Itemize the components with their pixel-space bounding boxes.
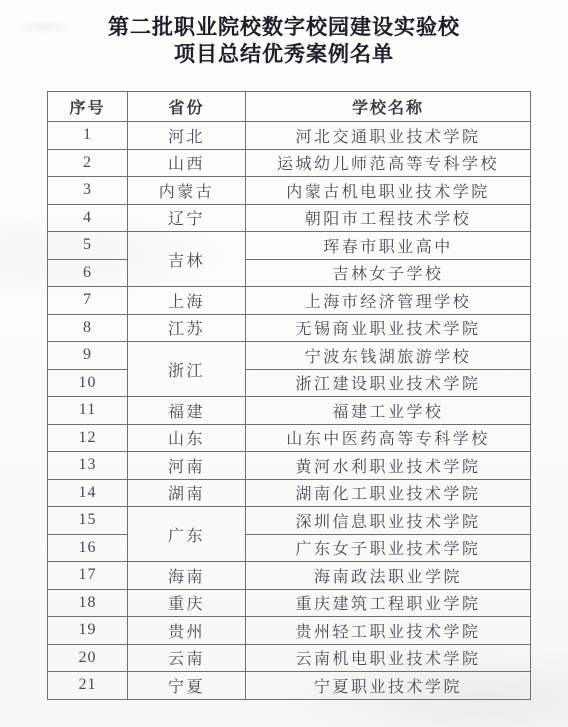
- table-row: 8江苏无锡商业职业技术学院: [48, 314, 531, 342]
- document-title: 第二批职业院校数字校园建设实验校 项目总结优秀案例名单: [0, 14, 568, 68]
- cell-province: 上海: [128, 287, 246, 315]
- cell-no: 13: [48, 452, 128, 480]
- cell-no: 12: [48, 424, 128, 452]
- cell-no: 18: [48, 589, 128, 617]
- cell-no: 11: [48, 397, 128, 425]
- cell-school: 湖南化工职业技术学院: [246, 479, 531, 507]
- cell-no: 10: [48, 369, 128, 397]
- school-roster-table: 序号 省份 学校名称 1河北河北交通职业技术学院2山西运城幼儿师范高等专科学校3…: [47, 91, 531, 700]
- cell-no: 5: [48, 232, 128, 260]
- cell-no: 20: [48, 644, 128, 672]
- cell-province: 江苏: [128, 314, 246, 342]
- header-cell-no: 序号: [48, 92, 128, 122]
- table-row: 16广东女子职业技术学院: [48, 534, 531, 562]
- table-row: 18重庆重庆建筑工程职业学院: [48, 589, 531, 617]
- cell-no: 15: [48, 507, 128, 535]
- cell-school: 宁夏职业技术学院: [246, 672, 531, 700]
- cell-province: 辽宁: [128, 204, 246, 232]
- cell-province: 河南: [128, 452, 246, 480]
- cell-school: 朝阳市工程技术学校: [246, 204, 531, 232]
- table-row: 13河南黄河水利职业技术学院: [48, 452, 531, 480]
- cell-school: 无锡商业职业技术学院: [246, 314, 531, 342]
- cell-province: 浙江: [128, 342, 246, 397]
- table-row: 21宁夏宁夏职业技术学院: [48, 672, 531, 700]
- cell-no: 19: [48, 617, 128, 645]
- cell-no: 8: [48, 314, 128, 342]
- cell-province: 海南: [128, 562, 246, 590]
- table-row: 15广东深圳信息职业技术学院: [48, 507, 531, 535]
- cell-school: 内蒙古机电职业技术学院: [246, 177, 531, 205]
- page-title-line1: 第二批职业院校数字校园建设实验校: [0, 14, 568, 41]
- cell-school: 吉林女子学校: [246, 259, 531, 287]
- cell-no: 7: [48, 287, 128, 315]
- table-body: 1河北河北交通职业技术学院2山西运城幼儿师范高等专科学校3内蒙古内蒙古机电职业技…: [48, 122, 531, 700]
- cell-school: 浙江建设职业技术学院: [246, 369, 531, 397]
- table-row: 2山西运城幼儿师范高等专科学校: [48, 149, 531, 177]
- table-row: 12山东山东中医药高等专科学校: [48, 424, 531, 452]
- cell-province: 湖南: [128, 479, 246, 507]
- table-row: 10浙江建设职业技术学院: [48, 369, 531, 397]
- cell-province: 河北: [128, 122, 246, 150]
- table-row: 4辽宁朝阳市工程技术学校: [48, 204, 531, 232]
- cell-no: 21: [48, 672, 128, 700]
- table-row: 19贵州贵州轻工职业技术学院: [48, 617, 531, 645]
- table-row: 20云南云南机电职业技术学院: [48, 644, 531, 672]
- cell-school: 海南政法职业学院: [246, 562, 531, 590]
- cell-school: 山东中医药高等专科学校: [246, 424, 531, 452]
- cell-no: 4: [48, 204, 128, 232]
- cell-school: 重庆建筑工程职业学院: [246, 589, 531, 617]
- cell-school: 福建工业学校: [246, 397, 531, 425]
- page-title-line2: 项目总结优秀案例名单: [0, 41, 568, 68]
- cell-no: 3: [48, 177, 128, 205]
- table-row: 17海南海南政法职业学院: [48, 562, 531, 590]
- cell-school: 云南机电职业技术学院: [246, 644, 531, 672]
- cell-no: 17: [48, 562, 128, 590]
- table-row: 5吉林珲春市职业高中: [48, 232, 531, 260]
- cell-no: 14: [48, 479, 128, 507]
- table-row: 7上海上海市经济管理学校: [48, 287, 531, 315]
- cell-province: 山东: [128, 424, 246, 452]
- cell-province: 贵州: [128, 617, 246, 645]
- cell-province: 宁夏: [128, 672, 246, 700]
- cell-no: 1: [48, 122, 128, 150]
- cell-province: 山西: [128, 149, 246, 177]
- cell-no: 6: [48, 259, 128, 287]
- cell-no: 2: [48, 149, 128, 177]
- table-row: 9浙江宁波东钱湖旅游学校: [48, 342, 531, 370]
- cell-school: 深圳信息职业技术学院: [246, 507, 531, 535]
- cell-school: 广东女子职业技术学院: [246, 534, 531, 562]
- table-row: 14湖南湖南化工职业技术学院: [48, 479, 531, 507]
- table-header-row: 序号 省份 学校名称: [48, 92, 531, 122]
- cell-school: 珲春市职业高中: [246, 232, 531, 260]
- table-row: 3内蒙古内蒙古机电职业技术学院: [48, 177, 531, 205]
- table-row: 6吉林女子学校: [48, 259, 531, 287]
- table-row: 1河北河北交通职业技术学院: [48, 122, 531, 150]
- cell-school: 宁波东钱湖旅游学校: [246, 342, 531, 370]
- cell-no: 16: [48, 534, 128, 562]
- cell-province: 福建: [128, 397, 246, 425]
- cell-school: 运城幼儿师范高等专科学校: [246, 149, 531, 177]
- cell-province: 广东: [128, 507, 246, 562]
- cell-school: 上海市经济管理学校: [246, 287, 531, 315]
- cell-province: 吉林: [128, 232, 246, 287]
- cell-province: 重庆: [128, 589, 246, 617]
- cell-school: 河北交通职业技术学院: [246, 122, 531, 150]
- cell-province: 内蒙古: [128, 177, 246, 205]
- header-cell-school: 学校名称: [246, 92, 531, 122]
- table-row: 11福建福建工业学校: [48, 397, 531, 425]
- cell-province: 云南: [128, 644, 246, 672]
- header-cell-province: 省份: [128, 92, 246, 122]
- cell-school: 黄河水利职业技术学院: [246, 452, 531, 480]
- cell-school: 贵州轻工职业技术学院: [246, 617, 531, 645]
- cell-no: 9: [48, 342, 128, 370]
